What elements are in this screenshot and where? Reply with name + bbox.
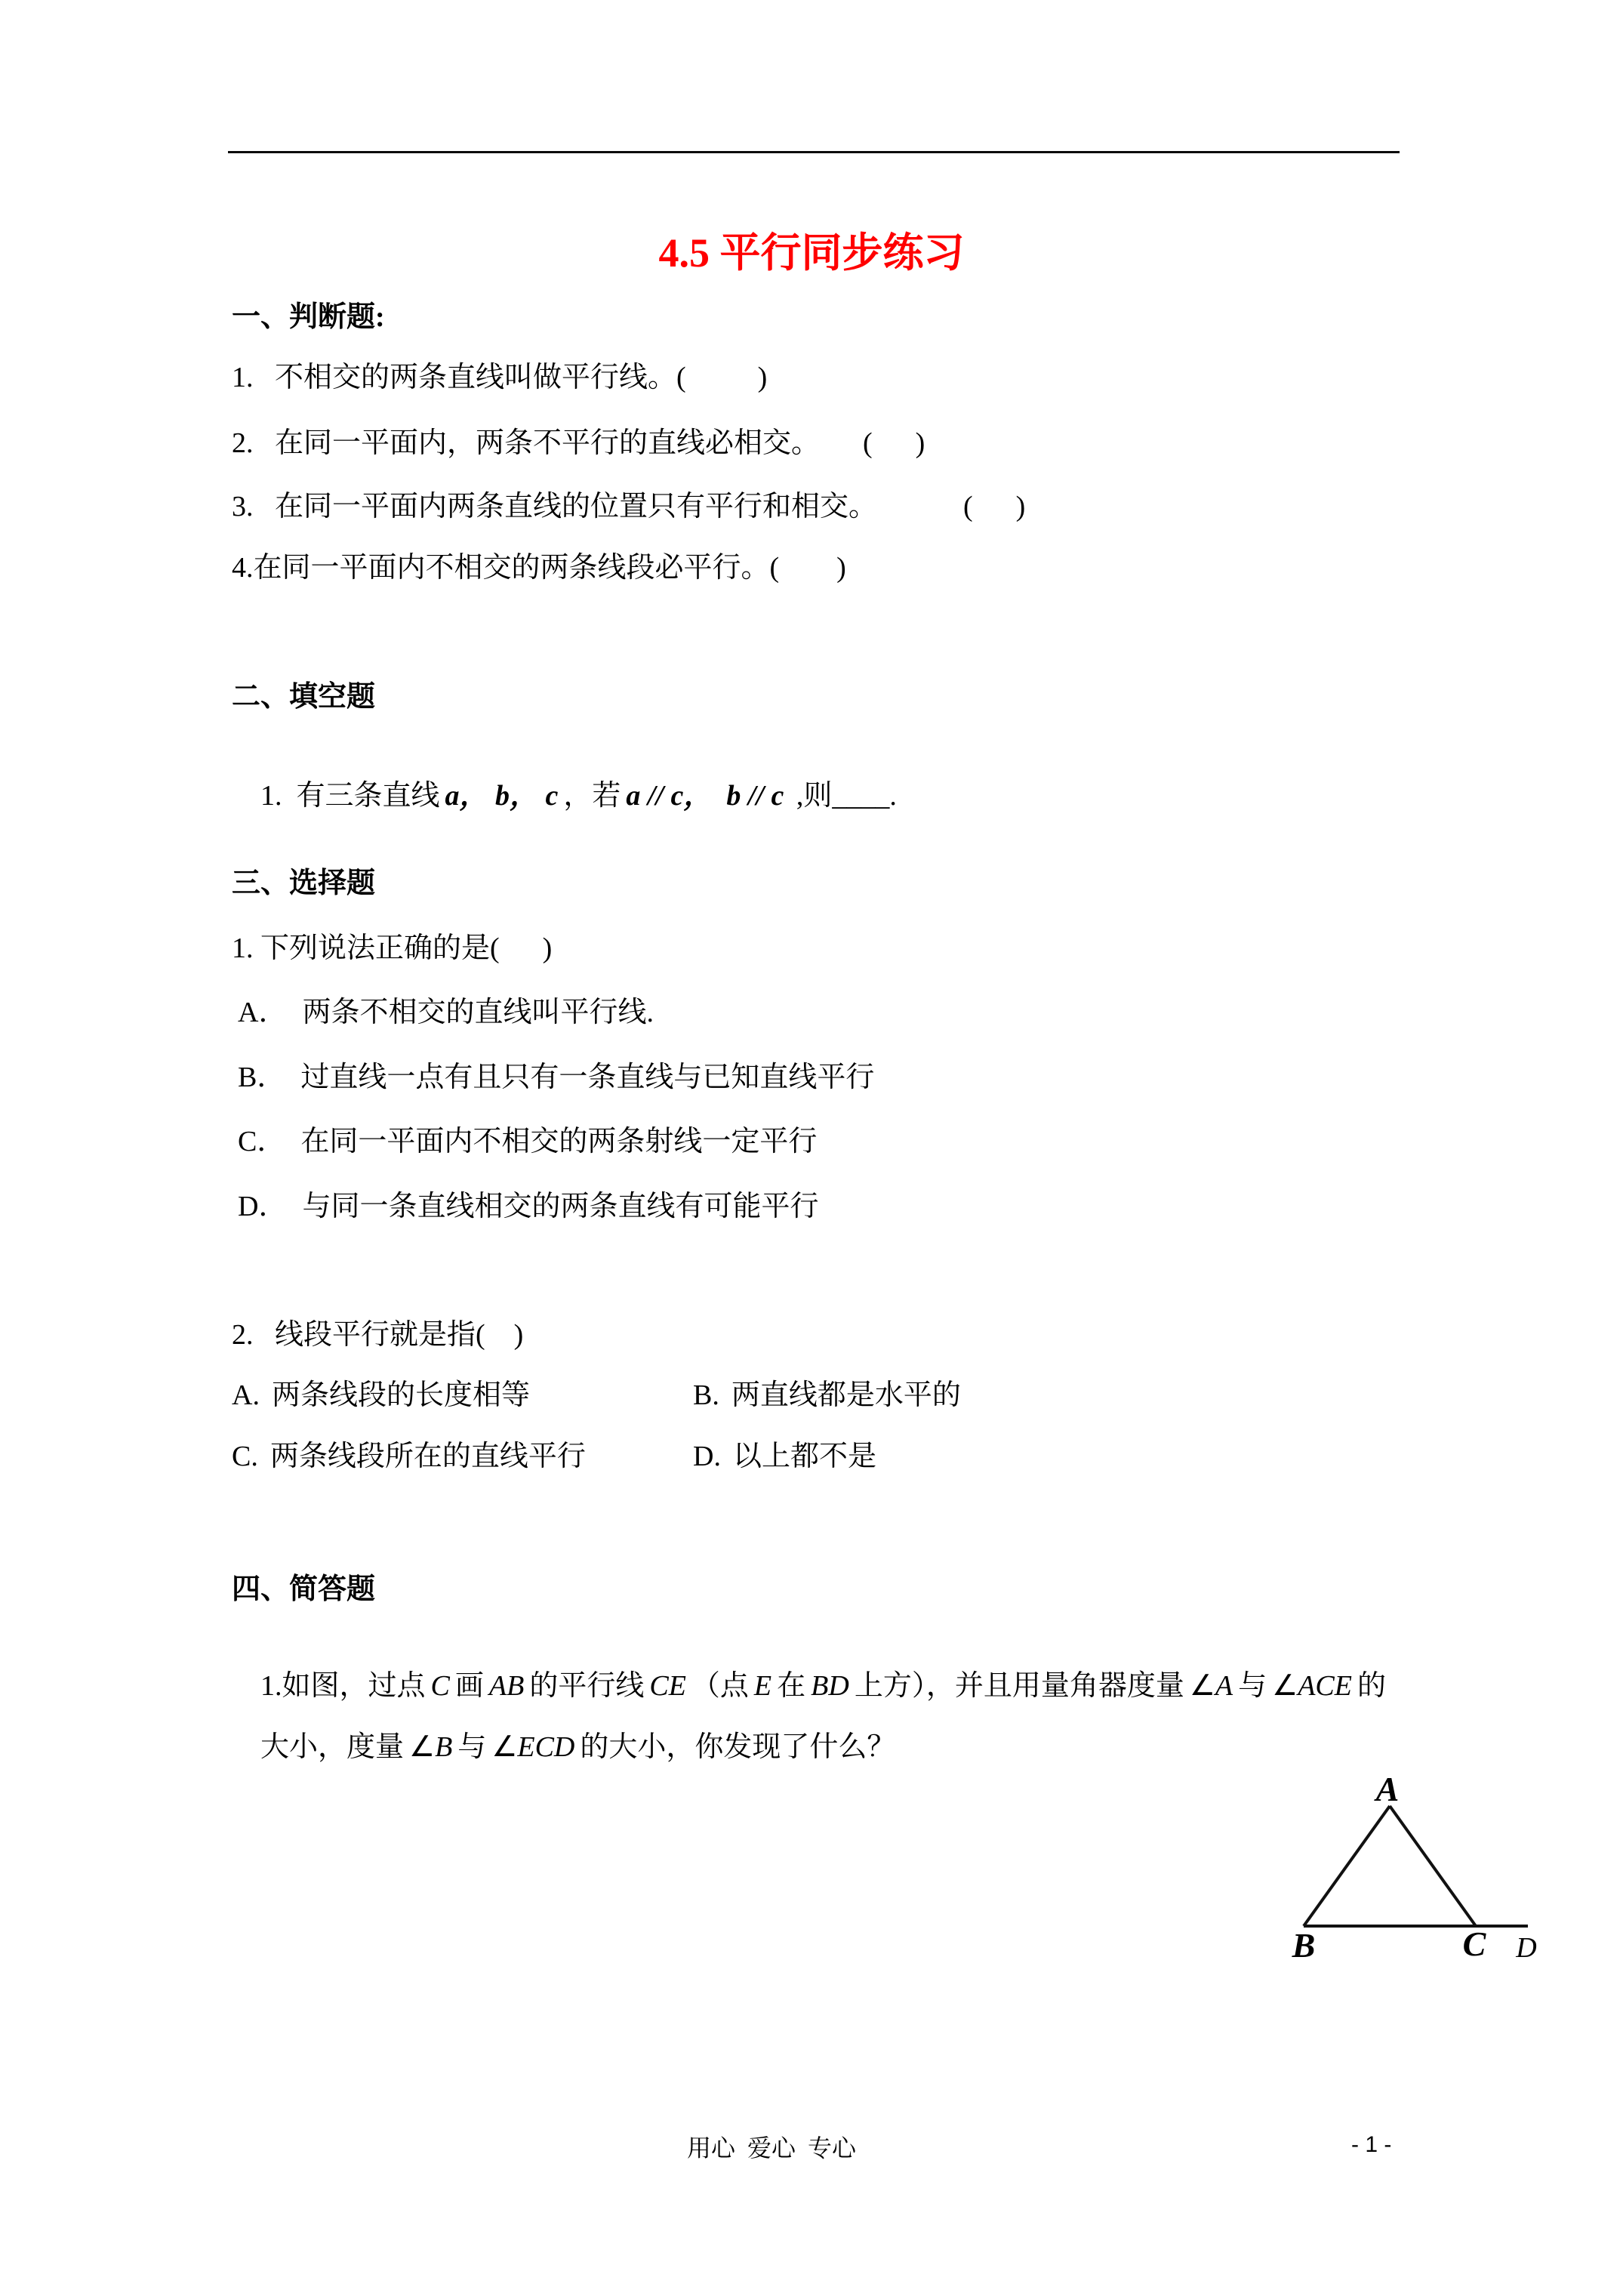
math-term: a // c， b // c xyxy=(626,780,784,812)
math-term: a， b， c xyxy=(445,780,559,812)
side-AC xyxy=(1390,1806,1476,1926)
vertex-label-A: A xyxy=(1374,1770,1400,1808)
choice-q1-option-b: B．过直线一点有且只有一条直线与已知直线平行 xyxy=(238,1062,874,1095)
option-label: A. xyxy=(232,1379,260,1411)
judge-item-2: 2. 在同一平面内，两条不平行的直线必相交。 ( ) xyxy=(232,427,925,461)
text-run: 1. 有三条直线 xyxy=(260,780,440,812)
vertex-label-C: C xyxy=(1463,1925,1487,1963)
text-run: 1.如图，过点 xyxy=(260,1670,426,1702)
math-term: AB xyxy=(489,1670,524,1702)
judge-item-3: 3. 在同一平面内两条直线的位置只有平行和相交。 ( ) xyxy=(232,491,1025,524)
page-title: 4.5 平行同步练习 xyxy=(0,220,1623,279)
option-label: D． xyxy=(238,1191,287,1222)
point-label-D: D xyxy=(1515,1932,1536,1964)
short-q1-line2: 大小，度量∠B与∠ECD的大小，你发现了什么？ xyxy=(232,1698,895,1797)
text-run: 的平行线 xyxy=(529,1670,644,1702)
text-run: 画 xyxy=(455,1670,484,1702)
choice-q1-stem: 1. 下列说法正确的是( ) xyxy=(232,932,552,966)
section-short-heading: 四、简答题 xyxy=(232,1573,375,1607)
math-term: BD xyxy=(811,1670,849,1702)
option-text: 以上都不是 xyxy=(733,1441,876,1472)
option-text: 两条不相交的直线叫平行线. xyxy=(302,997,654,1028)
choice-q1-option-c: C．在同一平面内不相交的两条射线一定平行 xyxy=(238,1126,817,1159)
option-label: B. xyxy=(693,1379,719,1411)
text-run: 大小，度量 xyxy=(260,1731,404,1763)
text-run: 上方），并且用量角器度量 xyxy=(855,1670,1184,1702)
judge-item-4: 4.在同一平面内不相交的两条线段必平行。( ) xyxy=(232,552,846,585)
side-AB xyxy=(1304,1806,1390,1926)
choice-q2-option-b: B.两直线都是水平的 xyxy=(693,1379,961,1413)
worksheet-page: 4.5 平行同步练习 一、判断题: 1. 不相交的两条直线叫做平行线。( ) 2… xyxy=(0,0,1623,2296)
option-text: 过直线一点有且只有一条直线与已知直线平行 xyxy=(300,1062,874,1093)
math-term: CE xyxy=(649,1670,686,1702)
choice-q2-option-c: C.两条线段所在的直线平行 xyxy=(232,1441,586,1474)
angle-term: ∠ECD xyxy=(491,1731,574,1763)
section-fill-heading: 二、填空题 xyxy=(232,681,375,714)
fill-question-1: 1. 有三条直线a， b， c，若a // c， b // c ,则____. xyxy=(232,747,897,846)
page-number: - 1 - xyxy=(1351,2132,1391,2158)
text-run: （点 xyxy=(691,1670,749,1702)
math-term: E xyxy=(754,1670,771,1702)
option-label: C． xyxy=(238,1126,285,1157)
section-judge-heading: 一、判断题: xyxy=(232,301,385,334)
choice-q1-option-a: A．两条不相交的直线叫平行线. xyxy=(238,997,654,1030)
section-choice-heading: 三、选择题 xyxy=(232,868,375,901)
angle-term: ∠B xyxy=(409,1731,452,1763)
choice-q2-option-a: A.两条线段的长度相等 xyxy=(232,1379,530,1413)
option-label: A． xyxy=(238,997,287,1028)
choice-q2-stem: 2. 线段平行就是指( ) xyxy=(232,1319,523,1352)
option-text: 与同一条直线相交的两条直线有可能平行 xyxy=(302,1191,818,1222)
text-run: ，若 xyxy=(563,780,621,812)
angle-term: ∠A xyxy=(1190,1670,1233,1702)
option-label: B． xyxy=(238,1062,285,1093)
triangle-figure: A B C D xyxy=(1246,1759,1563,1986)
vertex-label-B: B xyxy=(1292,1926,1316,1965)
text-run: 在 xyxy=(777,1670,805,1702)
math-term: C xyxy=(431,1670,450,1702)
text-run: 的 xyxy=(1357,1670,1386,1702)
text-run: 与 xyxy=(1238,1670,1267,1702)
judge-item-1: 1. 不相交的两条直线叫做平行线。( ) xyxy=(232,362,767,395)
blank-field: ,则____. xyxy=(789,780,897,812)
option-text: 在同一平面内不相交的两条射线一定平行 xyxy=(300,1126,817,1157)
footer-motto: 用心 爱心 专心 xyxy=(687,2129,856,2164)
triangle-svg: A B C D xyxy=(1246,1759,1563,1986)
option-text: 两直线都是水平的 xyxy=(731,1379,961,1411)
choice-q1-option-d: D．与同一条直线相交的两条直线有可能平行 xyxy=(238,1191,818,1224)
option-label: D. xyxy=(693,1441,721,1472)
option-text: 两条线段所在的直线平行 xyxy=(270,1441,586,1472)
option-label: C. xyxy=(232,1441,258,1472)
text-run: 与 xyxy=(457,1731,486,1763)
angle-term: ∠ACE xyxy=(1272,1670,1352,1702)
choice-q2-option-d: D.以上都不是 xyxy=(693,1441,876,1474)
option-text: 两条线段的长度相等 xyxy=(272,1379,530,1411)
header-rule xyxy=(228,151,1400,153)
text-run: 的大小，你发现了什么？ xyxy=(580,1731,895,1763)
